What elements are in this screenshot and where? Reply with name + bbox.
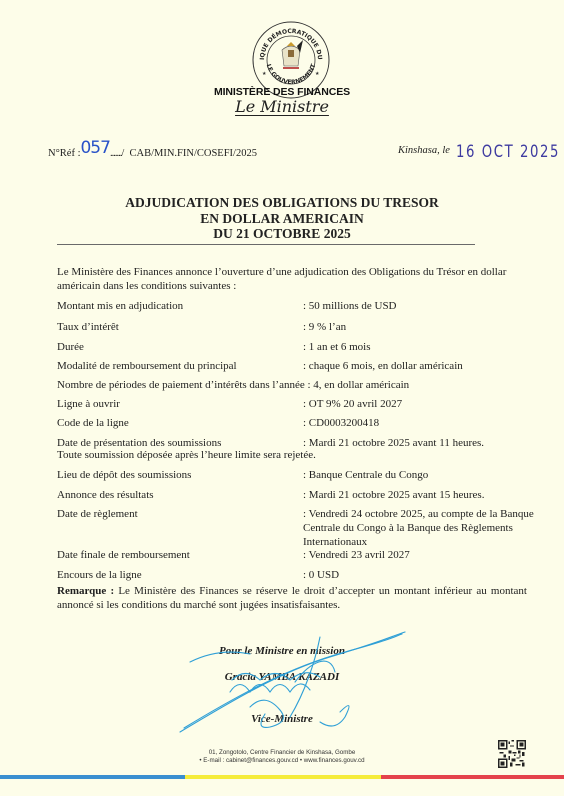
flag-stripe-blue (0, 775, 185, 779)
condition-value: : CD0003200418 (303, 416, 379, 430)
condition-value: : Mardi 21 octobre 2025 avant 11 heures. (303, 436, 484, 450)
condition-value: : OT 9% 20 avril 2027 (303, 397, 402, 411)
title-divider (57, 244, 475, 245)
condition-label: Code de la ligne (57, 416, 129, 430)
footer-address: 01, Zongotolo, Centre Financier de Kinsh… (0, 749, 564, 756)
condition-label: Taux d’intérêt (57, 320, 119, 334)
remark-paragraph: Remarque : Le Ministère des Finances se … (57, 584, 527, 612)
signatory-name: Gracia YAMBA KAZADI (0, 671, 564, 683)
condition-value: : 0 USD (303, 568, 339, 582)
condition-value: : Vendredi 24 octobre 2025, au compte de… (303, 507, 553, 549)
svg-text:★: ★ (315, 71, 320, 77)
condition-value: : Vendredi 23 avril 2027 (303, 548, 410, 562)
reference-prefix: N°Réf : (48, 148, 80, 159)
condition-label: Encours de la ligne (57, 568, 142, 582)
dotted-line: ....... (110, 148, 121, 159)
remark-text: Le Ministère des Finances se réserve le … (57, 585, 527, 611)
condition-label: Modalité de remboursement du principal (57, 359, 237, 373)
qr-code-icon (498, 740, 526, 768)
handwritten-number: 057 (80, 138, 109, 158)
reference-number: N°Réf :057......./ CAB/MIN.FIN/COSEFI/20… (48, 141, 257, 161)
date-stamp: 16 OCT 2025 (456, 142, 560, 162)
footer-contact: • E-mail : cabinet@finances.gouv.cd • ww… (0, 757, 564, 764)
condition-label: Date de règlement (57, 507, 138, 521)
condition-value: : Banque Centrale du Congo (303, 468, 428, 482)
title-line-1: ADJUDICATION DES OBLIGATIONS DU TRESOR (0, 195, 564, 211)
signature-on-behalf: Pour le Ministre en mission (0, 645, 564, 657)
intro-paragraph: Le Ministère des Finances annonce l’ouve… (57, 265, 527, 293)
condition-value: : chaque 6 mois, en dollar américain (303, 359, 463, 373)
remark-label: Remarque : (57, 585, 114, 597)
condition-label: Ligne à ouvrir (57, 397, 120, 411)
reference-code: CAB/MIN.FIN/COSEFI/2025 (129, 148, 256, 159)
condition-label: Durée (57, 340, 84, 354)
title-line-2: EN DOLLAR AMERICAIN (0, 211, 564, 227)
signatory-role: Vice-Ministre (0, 713, 564, 725)
condition-value: : 50 millions de USD (303, 299, 397, 313)
condition-value: : 1 an et 6 mois (303, 340, 371, 354)
flag-stripe-yellow (185, 775, 381, 779)
condition-note-text: Toute soumission déposée après l’heure l… (57, 448, 316, 462)
document-title: ADJUDICATION DES OBLIGATIONS DU TRESOR E… (0, 195, 564, 242)
condition-label: Lieu de dépôt des soumissions (57, 468, 191, 482)
ministry-office: Le Ministre (0, 97, 564, 116)
condition-label: Nombre de périodes de paiement d’intérêt… (57, 378, 409, 392)
condition-value: : 9 % l’an (303, 320, 346, 334)
condition-label: Date finale de remboursement (57, 548, 190, 562)
dateline-place: Kinshasa, le (398, 145, 450, 156)
svg-text:★: ★ (262, 71, 267, 77)
title-line-3: DU 21 OCTOBRE 2025 (0, 226, 564, 242)
condition-label: Montant mis en adjudication (57, 299, 183, 313)
flag-stripe-red (381, 775, 564, 779)
condition-value: : Mardi 21 octobre 2025 avant 15 heures. (303, 488, 484, 502)
condition-label: Annonce des résultats (57, 488, 154, 502)
